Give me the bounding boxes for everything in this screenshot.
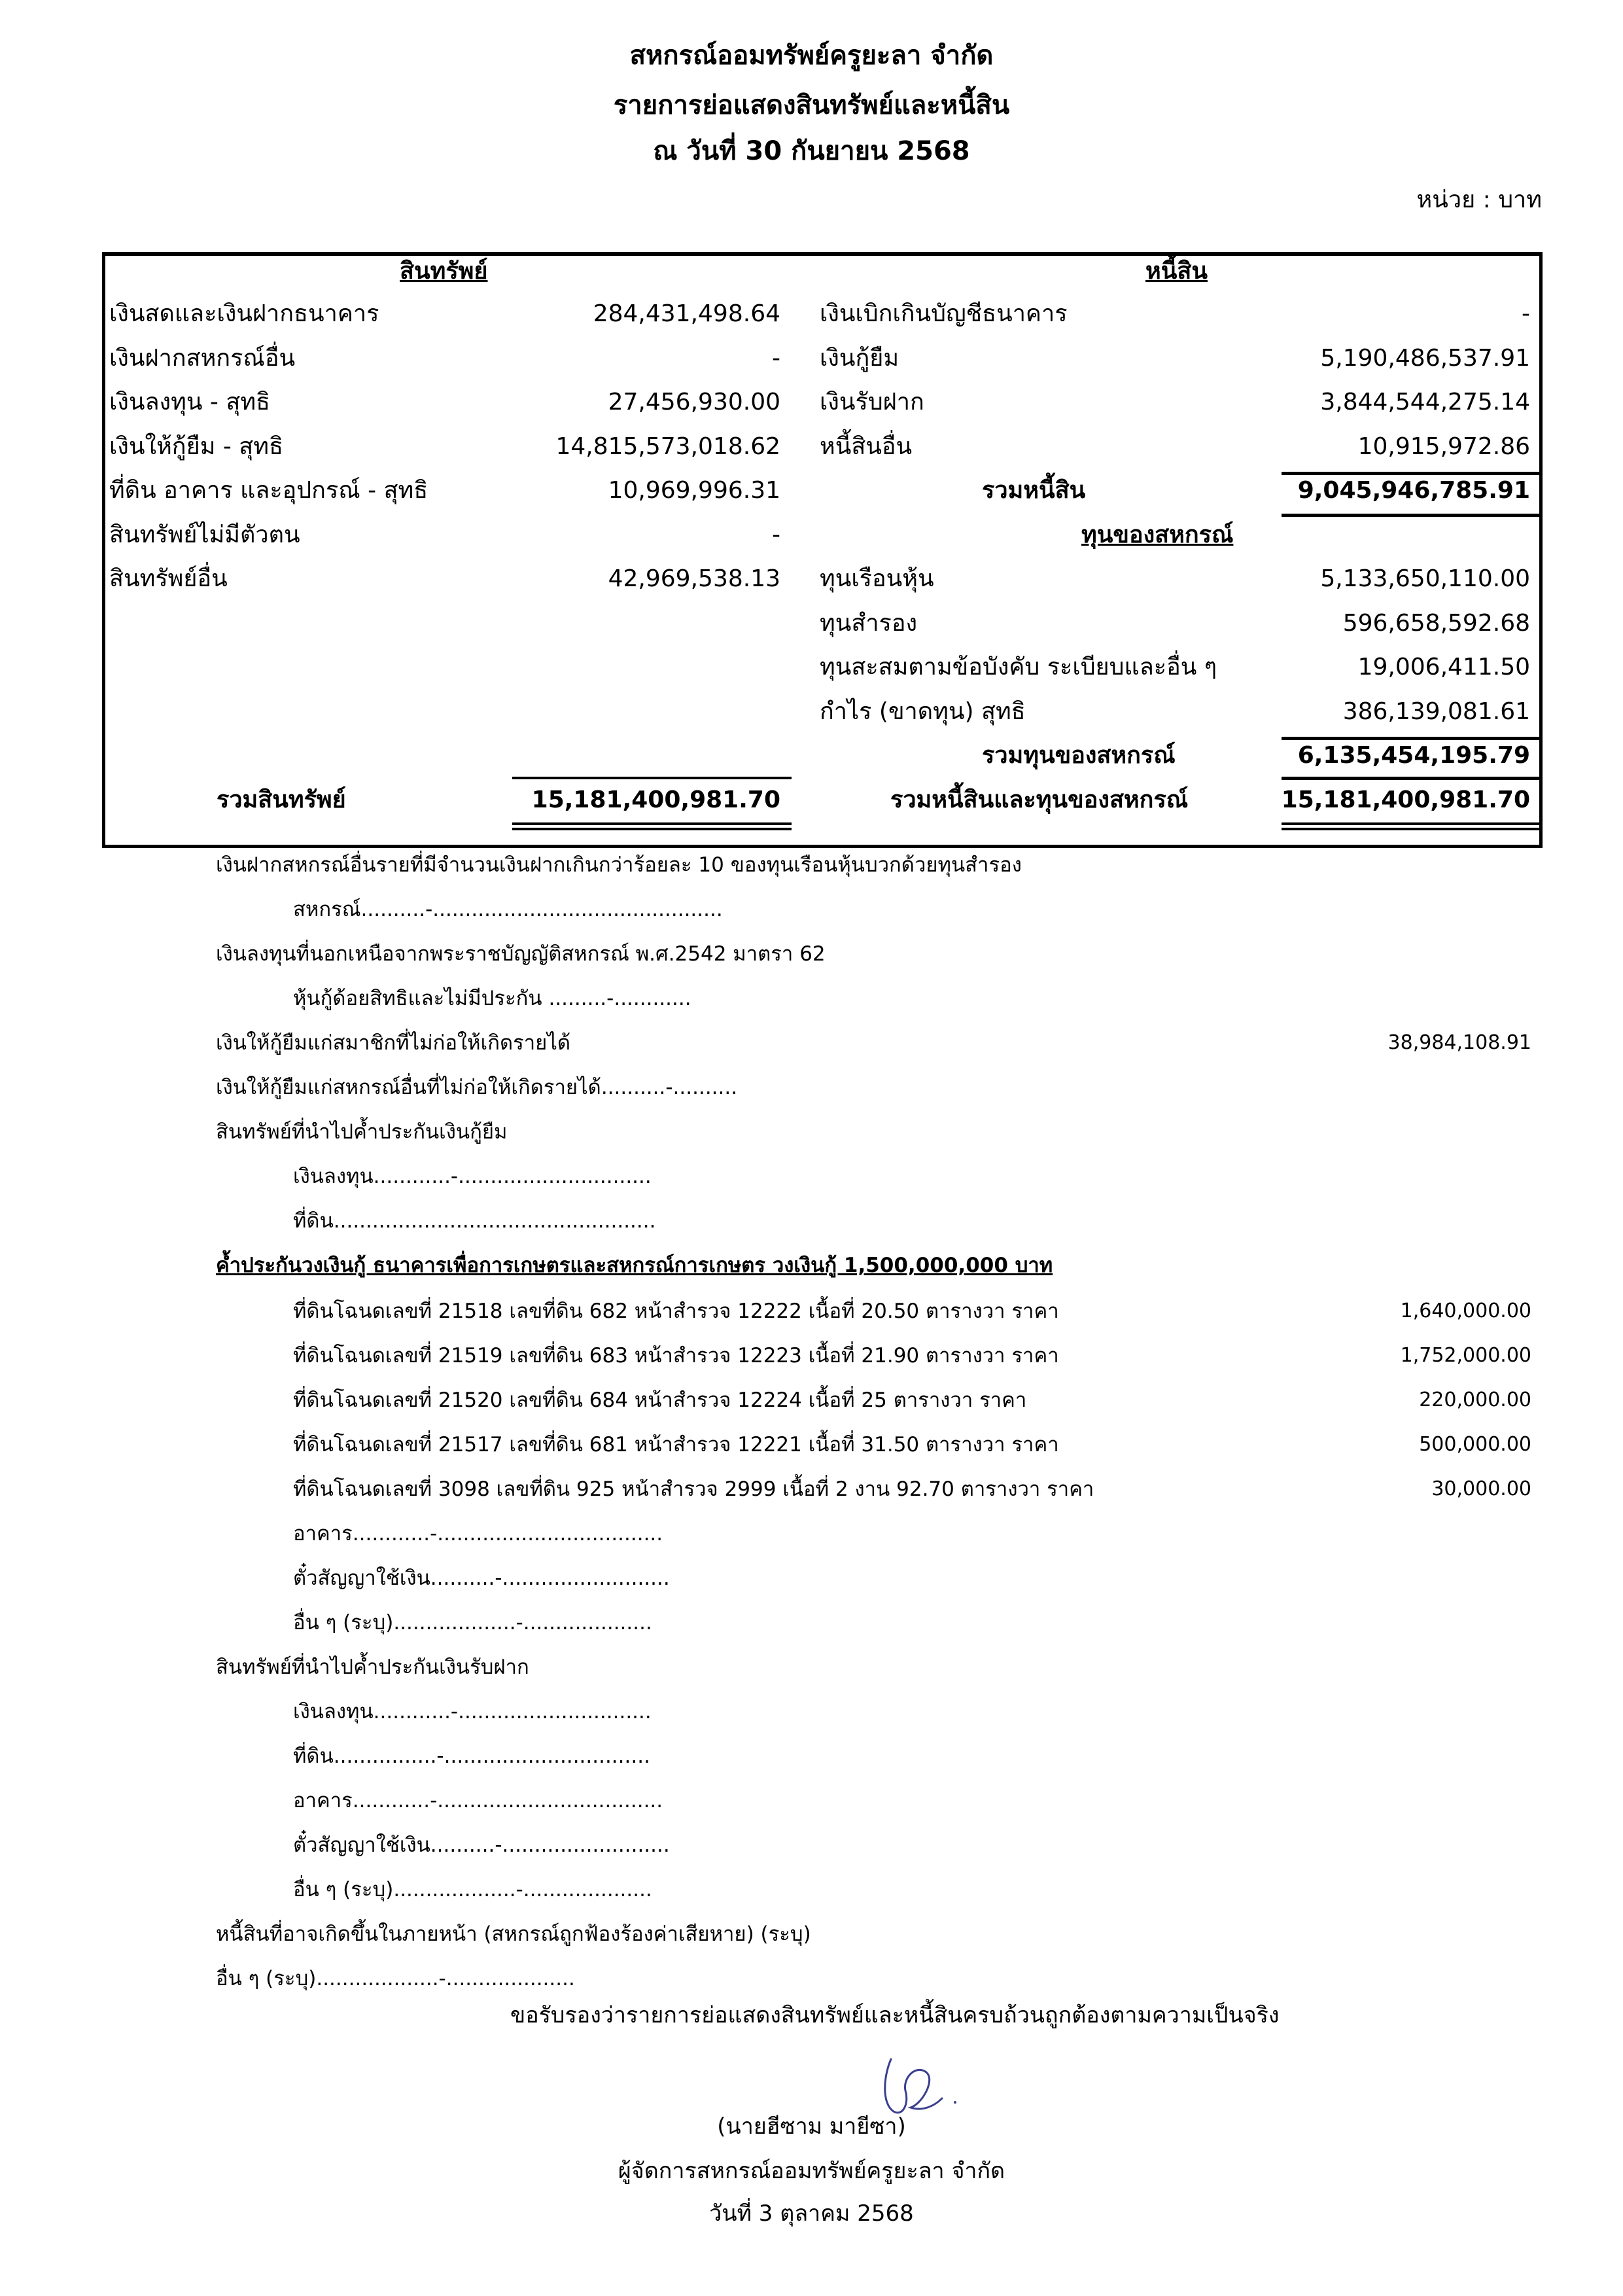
equity-value: 19,006,411.50 [1358,652,1530,683]
asset-label: เงินสดและเงินฝากธนาคาร [109,298,379,330]
equity-value: 596,658,592.68 [1343,608,1530,639]
guarantee-item: ที่ดินโฉนดเลขที่ 21518 เลขที่ดิน 682 หน้… [293,1297,1059,1326]
grand-total-top-rule [1282,777,1539,780]
equity-value: 5,133,650,110.00 [1320,563,1530,595]
note-line: อื่น ๆ (ระบุ)...................-.......… [293,1608,652,1637]
liability-label: เงินรับฝาก [820,387,924,418]
equity-label: ทุนสะสมตามข้อบังคับ ระเบียบและอื่น ๆ [820,652,1217,683]
total-assets-double-rule-1 [512,822,792,825]
asset-value: 284,431,498.64 [593,298,780,330]
asset-label: เงินให้กู้ยืม - สุทธิ [109,431,283,463]
certification-statement: ขอรับรองว่ารายการย่อแสดงสินทรัพย์และหนี้… [510,1997,1279,2032]
grand-total-double-rule-1 [1282,822,1539,825]
liability-value: 10,915,972.86 [1358,431,1530,463]
asset-label: เงินฝากสหกรณ์อื่น [109,343,295,374]
total-assets-value: 15,181,400,981.70 [532,785,780,816]
total-liabilities-bottom-rule [1282,514,1539,517]
note-line: สินทรัพย์ที่นำไปค้ำประกันเงินรับฝาก [216,1653,529,1682]
signature-date: วันที่ 3 ตุลาคม 2568 [0,2195,1623,2231]
signatory-name: (นายฮีซาม มายีซา) [0,2108,1623,2144]
asset-value: 14,815,573,018.62 [555,431,780,463]
note-line: เงินฝากสหกรณ์อื่นรายที่มีจำนวนเงินฝากเกิ… [216,851,1022,879]
note-line: อื่น ๆ (ระบุ)...................-.......… [293,1875,652,1904]
equity-value: 386,139,081.61 [1343,696,1530,728]
liabilities-heading: หนี้สิน [1145,256,1208,287]
asset-label: สินทรัพย์ไม่มีตัวตน [109,520,300,551]
report-title: รายการย่อแสดงสินทรัพย์และหนี้สิน [0,84,1623,126]
note-line: ตั๋วสัญญาใช้เงิน..........-.............… [293,1831,670,1860]
signatory-position: ผู้จัดการสหกรณ์ออมทรัพย์ครูยะลา จำกัด [0,2153,1623,2188]
liability-label: หนี้สินอื่น [820,431,912,463]
equity-heading: ทุนของสหกรณ์ [1081,520,1233,551]
note-line: เงินลงทุน............-..................… [293,1697,652,1726]
note-amount: 1,752,000.00 [1401,1341,1531,1370]
liability-value: 5,190,486,537.91 [1320,343,1530,374]
guarantee-item: ที่ดินโฉนดเลขที่ 21520 เลขที่ดิน 684 หน้… [293,1386,1026,1415]
guarantee-item: ที่ดินโฉนดเลขที่ 21519 เลขที่ดิน 683 หน้… [293,1341,1059,1370]
asset-label: ที่ดิน อาคาร และอุปกรณ์ - สุทธิ [109,475,428,506]
liability-value: 3,844,544,275.14 [1320,387,1530,418]
asset-label: เงินลงทุน - สุทธิ [109,387,270,418]
note-line: อาคาร............-......................… [293,1519,663,1548]
note-amount: 500,000.00 [1419,1430,1531,1459]
balance-sheet-table: สินทรัพย์ หนี้สิน เงินสดและเงินฝากธนาคาร… [102,252,1543,848]
note-line: อื่น ๆ (ระบุ)...................-.......… [216,1964,575,1993]
note-line: หนี้สินที่อาจเกิดขึ้นในภายหน้า (สหกรณ์ถู… [216,1920,811,1949]
note-amount: 30,000.00 [1431,1475,1531,1504]
note-line: เงินลงทุน............-..................… [293,1162,652,1191]
note-line: ที่ดิน................-.................… [293,1742,650,1771]
note-line: หุ้นกู้ด้อยสิทธิและไม่มีประกัน .........… [293,984,691,1013]
note-amount: 220,000.00 [1419,1386,1531,1415]
total-equity-label: รวมทุนของสหกรณ์ [982,740,1176,771]
liability-label: เงินเบิกเกินบัญชีธนาคาร [820,298,1068,330]
note-line: เงินลงทุนที่นอกเหนือจากพระราชบัญญัติสหกร… [216,940,826,968]
total-equity-value: 6,135,454,195.79 [1298,740,1530,771]
guarantee-item: ที่ดินโฉนดเลขที่ 3098 เลขที่ดิน 925 หน้า… [293,1475,1094,1504]
asset-value: 27,456,930.00 [608,387,780,418]
equity-label: ทุนเรือนหุ้น [820,563,934,595]
note-line: ตั๋วสัญญาใช้เงิน..........-.............… [293,1564,670,1593]
org-name: สหกรณ์ออมทรัพย์ครูยะลา จำกัด [0,34,1623,76]
note-line: อาคาร............-......................… [293,1786,663,1815]
report-date: ณ วันที่ 30 กันยายน 2568 [0,130,1623,171]
grand-total-label: รวมหนี้สินและทุนของสหกรณ์ [890,785,1188,816]
total-assets-top-rule [512,777,792,779]
guarantee-item: ที่ดินโฉนดเลขที่ 21517 เลขที่ดิน 681 หน้… [293,1430,1059,1459]
note-line: เงินให้กู้ยืมแก่สมาชิกที่ไม่ก่อให้เกิดรา… [216,1029,570,1057]
asset-value: - [772,520,780,551]
note-line: เงินให้กู้ยืมแก่สหกรณ์อื่นที่ไม่ก่อให้เก… [216,1073,737,1102]
assets-heading: สินทรัพย์ [400,256,487,287]
asset-value: - [772,343,780,374]
liability-value: - [1522,298,1530,330]
guarantee-heading: ค้ำประกันวงเงินกู้ ธนาคารเพื่อการเกษตรแล… [216,1251,1053,1280]
equity-label: กำไร (ขาดทุน) สุทธิ [820,696,1026,728]
note-amount: 38,984,108.91 [1388,1029,1531,1057]
asset-value: 42,969,538.13 [608,563,780,595]
asset-value: 10,969,996.31 [608,475,780,506]
asset-label: สินทรัพย์อื่น [109,563,228,595]
grand-total-value: 15,181,400,981.70 [1282,785,1530,816]
note-line: สหกรณ์..........-.......................… [293,895,723,924]
total-liabilities-value: 9,045,946,785.91 [1298,475,1530,506]
note-amount: 1,640,000.00 [1401,1297,1531,1326]
total-liabilities-label: รวมหนี้สิน [982,475,1085,506]
note-line: สินทรัพย์ที่นำไปค้ำประกันเงินกู้ยืม [216,1118,507,1146]
equity-label: ทุนสำรอง [820,608,917,639]
grand-total-double-rule-2 [1282,828,1539,830]
liability-label: เงินกู้ยืม [820,343,899,374]
total-assets-label: รวมสินทรัพย์ [217,785,346,816]
total-assets-double-rule-2 [512,828,792,830]
note-line: ที่ดิน..................................… [293,1207,655,1235]
unit-label: หน่วย : บาท [1417,181,1542,218]
